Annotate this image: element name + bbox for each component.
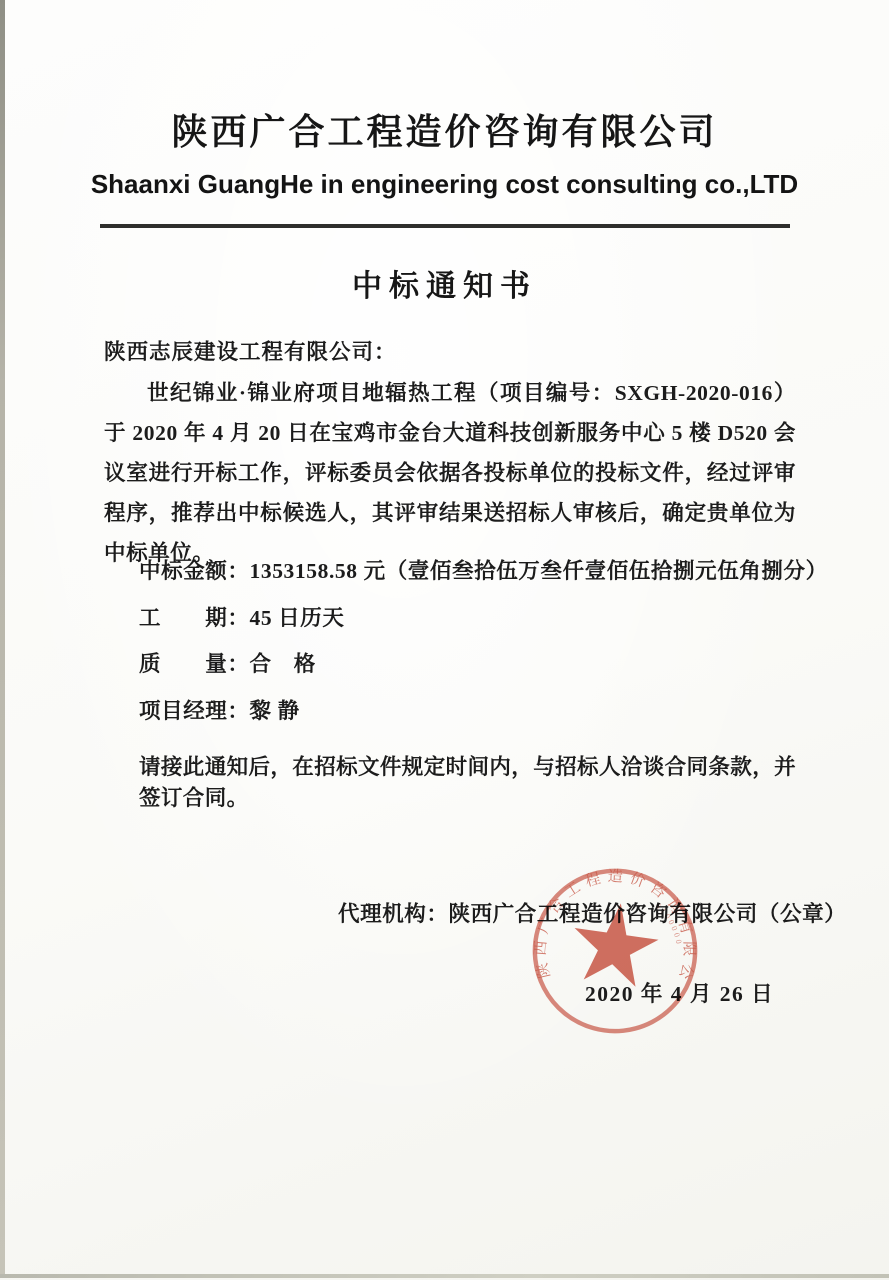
body-paragraph: 世纪锦业·锦业府项目地辐热工程（项目编号：SXGH-2020-016）于 202… xyxy=(104,373,796,573)
award-details-list: 中标金额：1353158.58 元（壹佰叁拾伍万叁仟壹佰伍拾捌元伍角捌分） 工 … xyxy=(139,556,799,742)
closing-instruction-line: 请接此通知后，在招标文件规定时间内，与招标人洽谈合同条款，并签订合同。 xyxy=(139,750,799,812)
detail-project-manager: 项目经理：黎 静 xyxy=(139,696,799,726)
document-title: 中标通知书 xyxy=(0,261,889,305)
paper-bottom-edge xyxy=(0,1274,889,1278)
letterhead-company-name-en: Shaanxi GuangHe in engineering cost cons… xyxy=(0,169,889,200)
detail-bid-amount: 中标金额：1353158.58 元（壹佰叁拾伍万叁仟壹佰伍拾捌元伍角捌分） xyxy=(139,556,799,586)
letterhead-company-name-cn: 陕西广合工程造价咨询有限公司 xyxy=(0,104,889,155)
company-seal-stamp: 陕西广合工程造价咨询有限公司 6100000 xyxy=(517,853,713,1049)
letterhead-divider-rule xyxy=(100,224,790,228)
detail-quality: 质 量：合 格 xyxy=(139,649,799,679)
seal-star-icon xyxy=(568,897,663,989)
addressee-line: 陕西志辰建设工程有限公司： xyxy=(104,335,397,366)
scanned-document-page: 陕西广合工程造价咨询有限公司 Shaanxi GuangHe in engine… xyxy=(0,0,889,1280)
detail-construction-period: 工 期：45 日历天 xyxy=(139,603,799,633)
